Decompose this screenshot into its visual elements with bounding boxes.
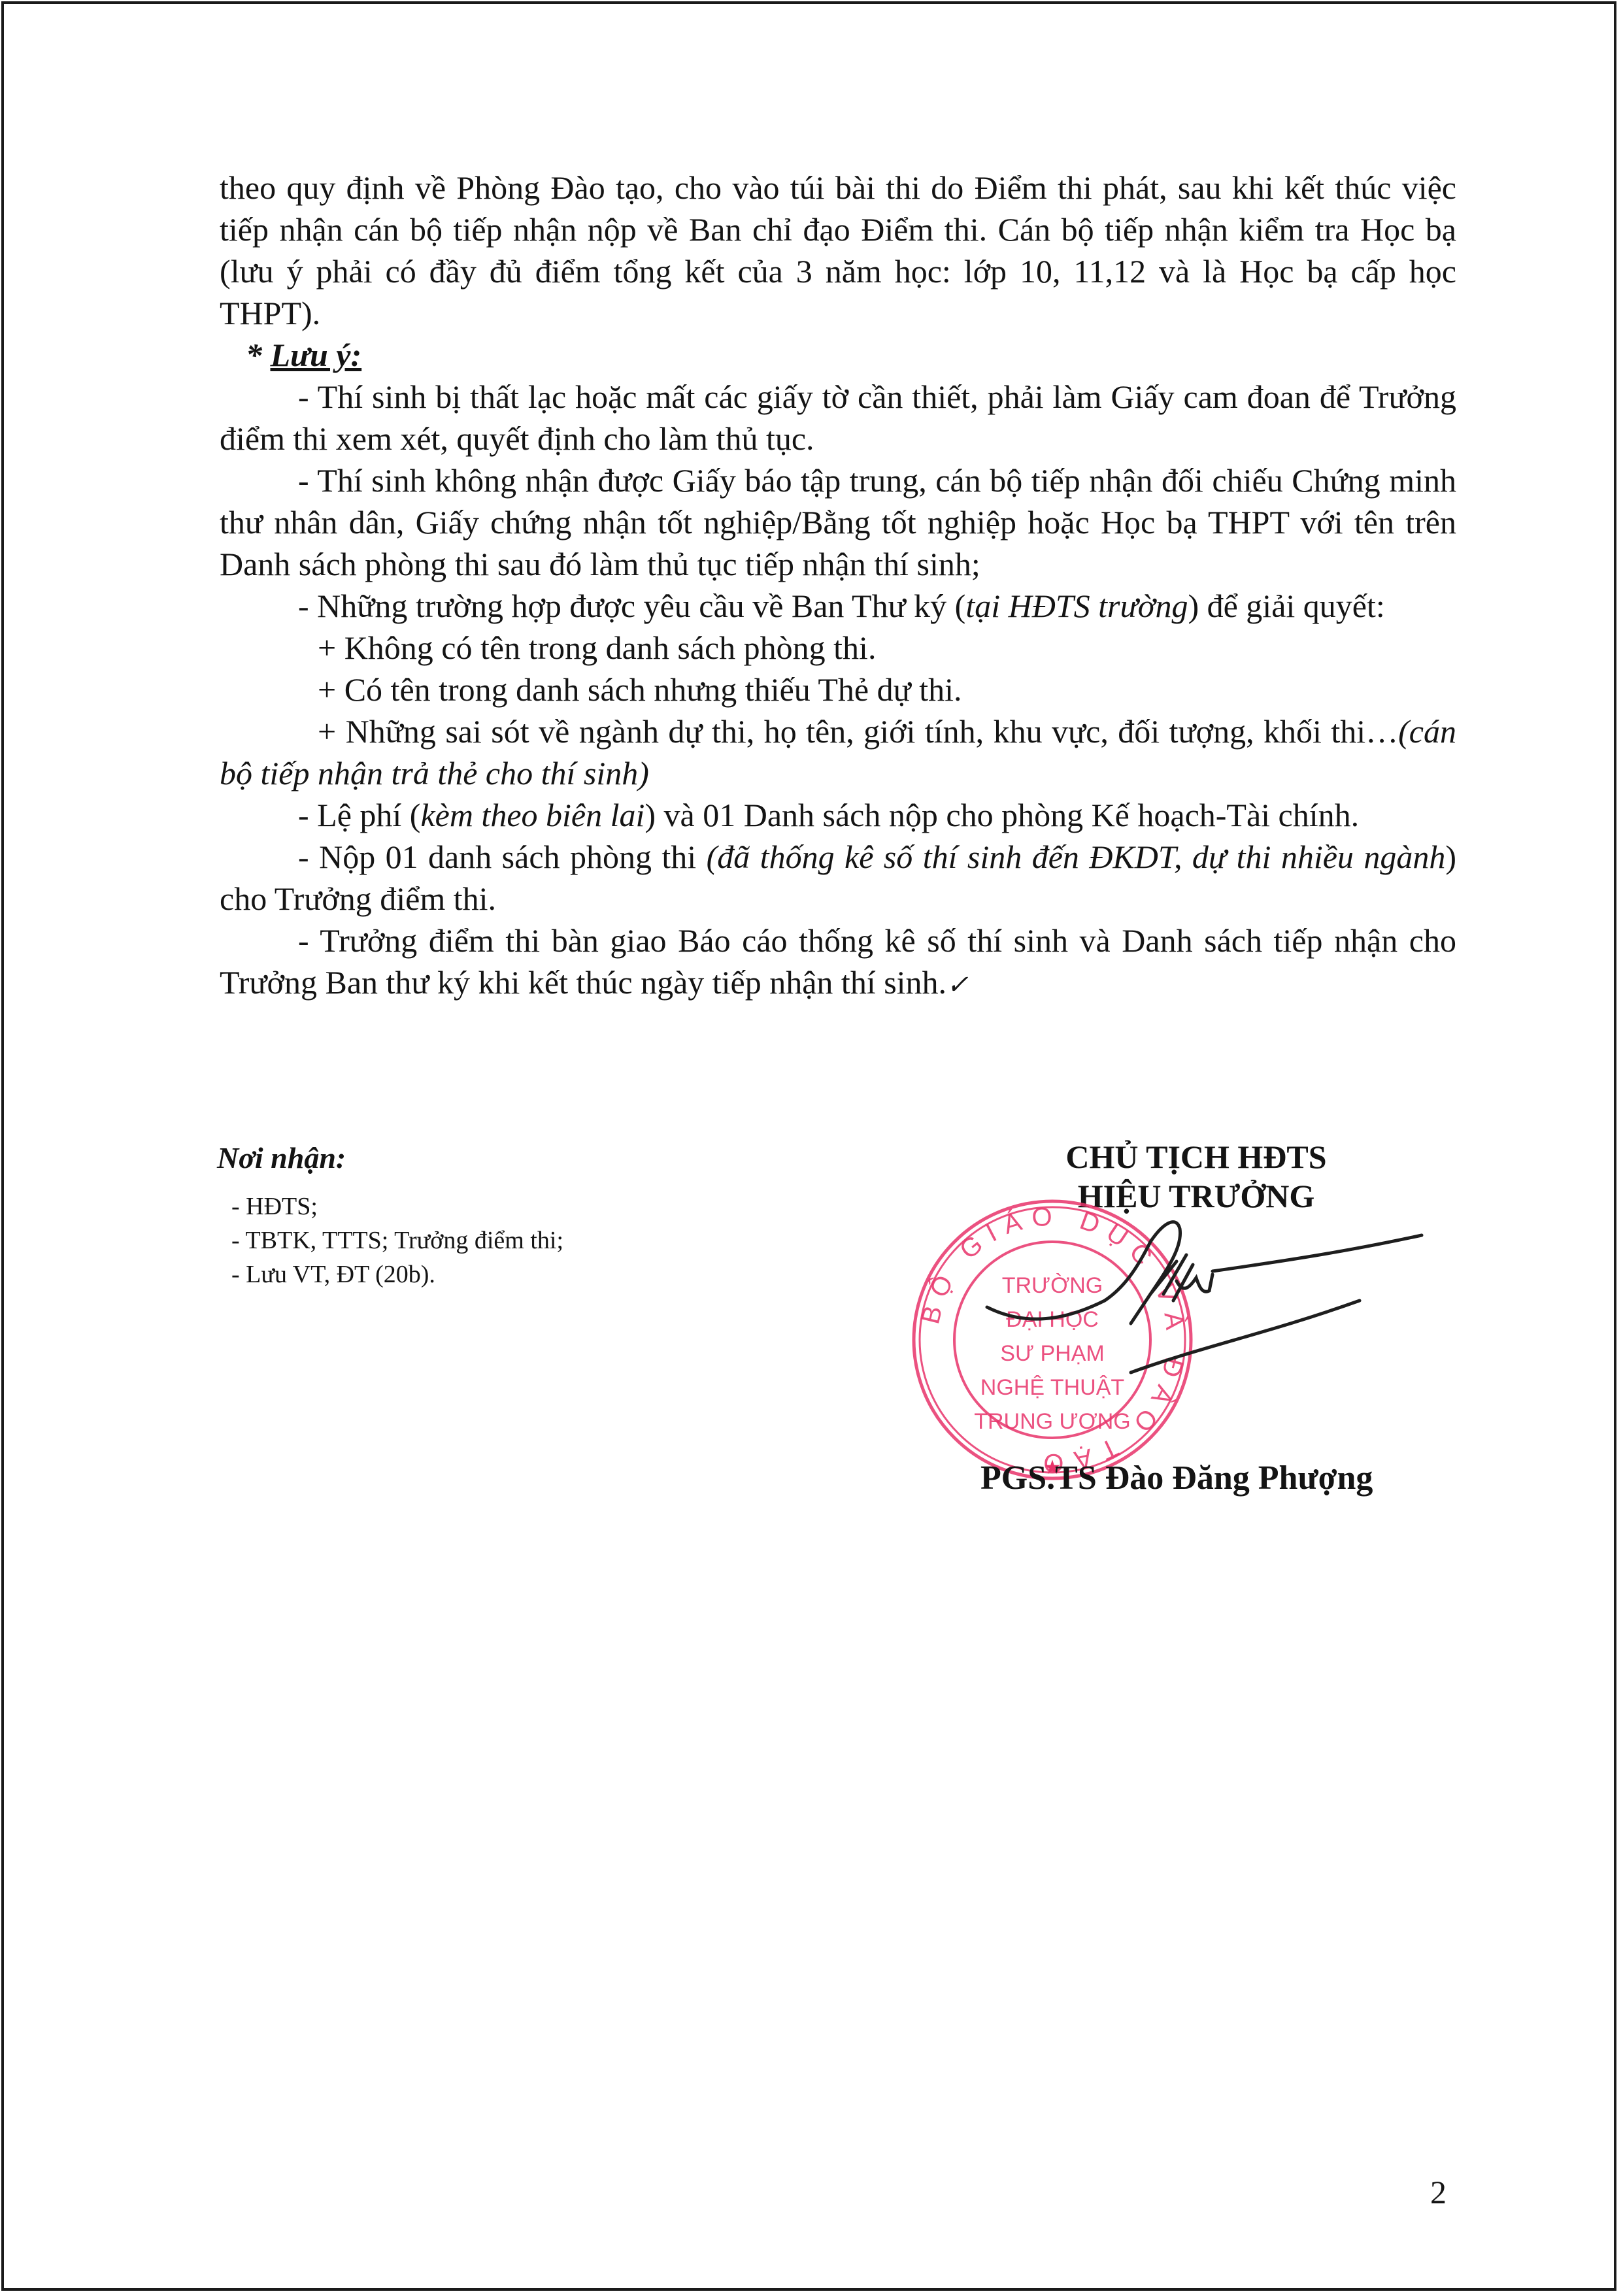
page-number: 2 — [1430, 2173, 1447, 2211]
sub-item-no-name: + Không có tên trong danh sách phòng thi… — [220, 627, 1456, 669]
note-lost-documents: - Thí sinh bị thất lạc hoặc mất các giấy… — [220, 376, 1456, 459]
document-body: theo quy định về Phòng Đào tạo, cho vào … — [220, 167, 1456, 1006]
recipient-item: - HĐTS; — [217, 1190, 563, 1223]
note-no-notice: - Thí sinh không nhận được Giấy báo tập … — [220, 459, 1456, 585]
sub-item-missing-card: + Có tên trong danh sách nhưng thiếu Thẻ… — [220, 669, 1456, 710]
note-secretary-cases: - Những trường hợp được yêu cầu về Ban T… — [220, 585, 1456, 627]
note-handover: - Trưởng điểm thi bàn giao Báo cáo thống… — [220, 920, 1456, 1006]
recipient-item: - Lưu VT, ĐT (20b). — [217, 1257, 563, 1291]
sub-item-errors: + Những sai sót về ngành dự thi, họ tên,… — [220, 710, 1456, 794]
signer-name: PGS.TS Đào Đăng Phượng — [980, 1459, 1373, 1497]
recipients-title: Nơi nhận: — [217, 1140, 563, 1175]
signature-title-1: CHỦ TỊCH HĐTS — [961, 1137, 1431, 1176]
intro-paragraph: theo quy định về Phòng Đào tạo, cho vào … — [220, 167, 1456, 334]
note-fee: - Lệ phí (kèm theo biên lai) và 01 Danh … — [220, 794, 1456, 836]
note-heading: * Lưu ý: — [220, 334, 1456, 376]
recipients-block: Nơi nhận: - HĐTS; - TBTK, TTTS; Trưởng đ… — [217, 1140, 563, 1291]
recipient-item: - TBTK, TTTS; Trưởng điểm thi; — [217, 1223, 563, 1257]
initial-mark-icon: ✓ — [946, 970, 969, 999]
note-submit-list: - Nộp 01 danh sách phòng thi (đã thống k… — [220, 836, 1456, 920]
handwritten-signature-icon — [954, 1216, 1425, 1431]
